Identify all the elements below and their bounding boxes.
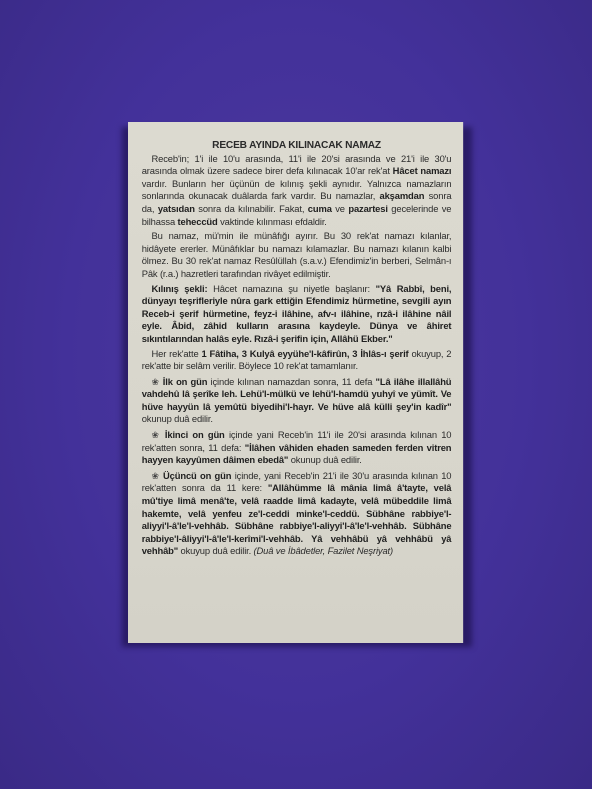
bold-text: cuma (308, 204, 332, 215)
bold-label: İkinci on gün (165, 430, 225, 441)
newspaper-clipping: RECEB AYINDA KILINACAK NAMAZ Receb'in; 1… (128, 122, 463, 643)
paragraph-second-ten-days: ❀ İkinci on gün içinde yani Receb'in 11'… (142, 429, 452, 468)
clipping-title: RECEB AYINDA KILINACAK NAMAZ (142, 140, 452, 153)
bold-text: 1 Fâtiha, 3 Kulyâ eyyühe'l-kâfirûn, 3 İh… (201, 349, 408, 360)
paragraph-intro: Receb'in; 1'i ile 10'u arasında, 11'i il… (142, 154, 452, 230)
bold-label: İlk on gün (163, 377, 207, 388)
bold-text: teheccüd (178, 217, 218, 228)
bold-text: yatsıdan (158, 204, 195, 215)
text: ve (332, 204, 349, 215)
text: okunup duâ edilir. (288, 455, 362, 466)
bold-text: Hâcet namazı (393, 166, 452, 177)
bold-label: Üçüncü on gün (163, 471, 231, 482)
text: Hâcet namazına şu niyetle başlanır: (207, 284, 375, 295)
text: okunup duâ edilir. (142, 414, 213, 425)
paragraph-rakats: Her rek'atte 1 Fâtiha, 3 Kulyâ eyyühe'l-… (142, 349, 452, 374)
flower-bullet-icon: ❀ (152, 471, 160, 481)
flower-bullet-icon: ❀ (152, 430, 161, 440)
text: Her rek'atte (152, 349, 202, 360)
text: vaktinde kılınması efdaldir. (218, 217, 327, 228)
bold-label: Kılınış şekli: (152, 284, 208, 295)
text: içinde kılınan namazdan sonra, 11 defa (207, 377, 375, 388)
paragraph-virtue: Bu namaz, mü'min ile münâfığı ayırır. Bu… (142, 231, 452, 281)
bold-text: pazartesi (348, 204, 387, 215)
text: okuyup duâ edilir. (178, 546, 253, 557)
paragraph-method: Kılınış şekli: Hâcet namazına şu niyetle… (142, 284, 452, 347)
source-citation: (Duâ ve İbâdetler, Fazilet Neşriyat) (254, 546, 393, 557)
text: sonra da kılınabilir. Fakat, (195, 204, 308, 215)
flower-bullet-icon: ❀ (152, 377, 160, 387)
paragraph-first-ten-days: ❀ İlk on gün içinde kılınan namazdan son… (142, 376, 452, 427)
bold-text: akşamdan (380, 191, 425, 202)
paragraph-third-ten-days: ❀ Üçüncü on gün içinde, yani Receb'in 21… (142, 470, 452, 559)
